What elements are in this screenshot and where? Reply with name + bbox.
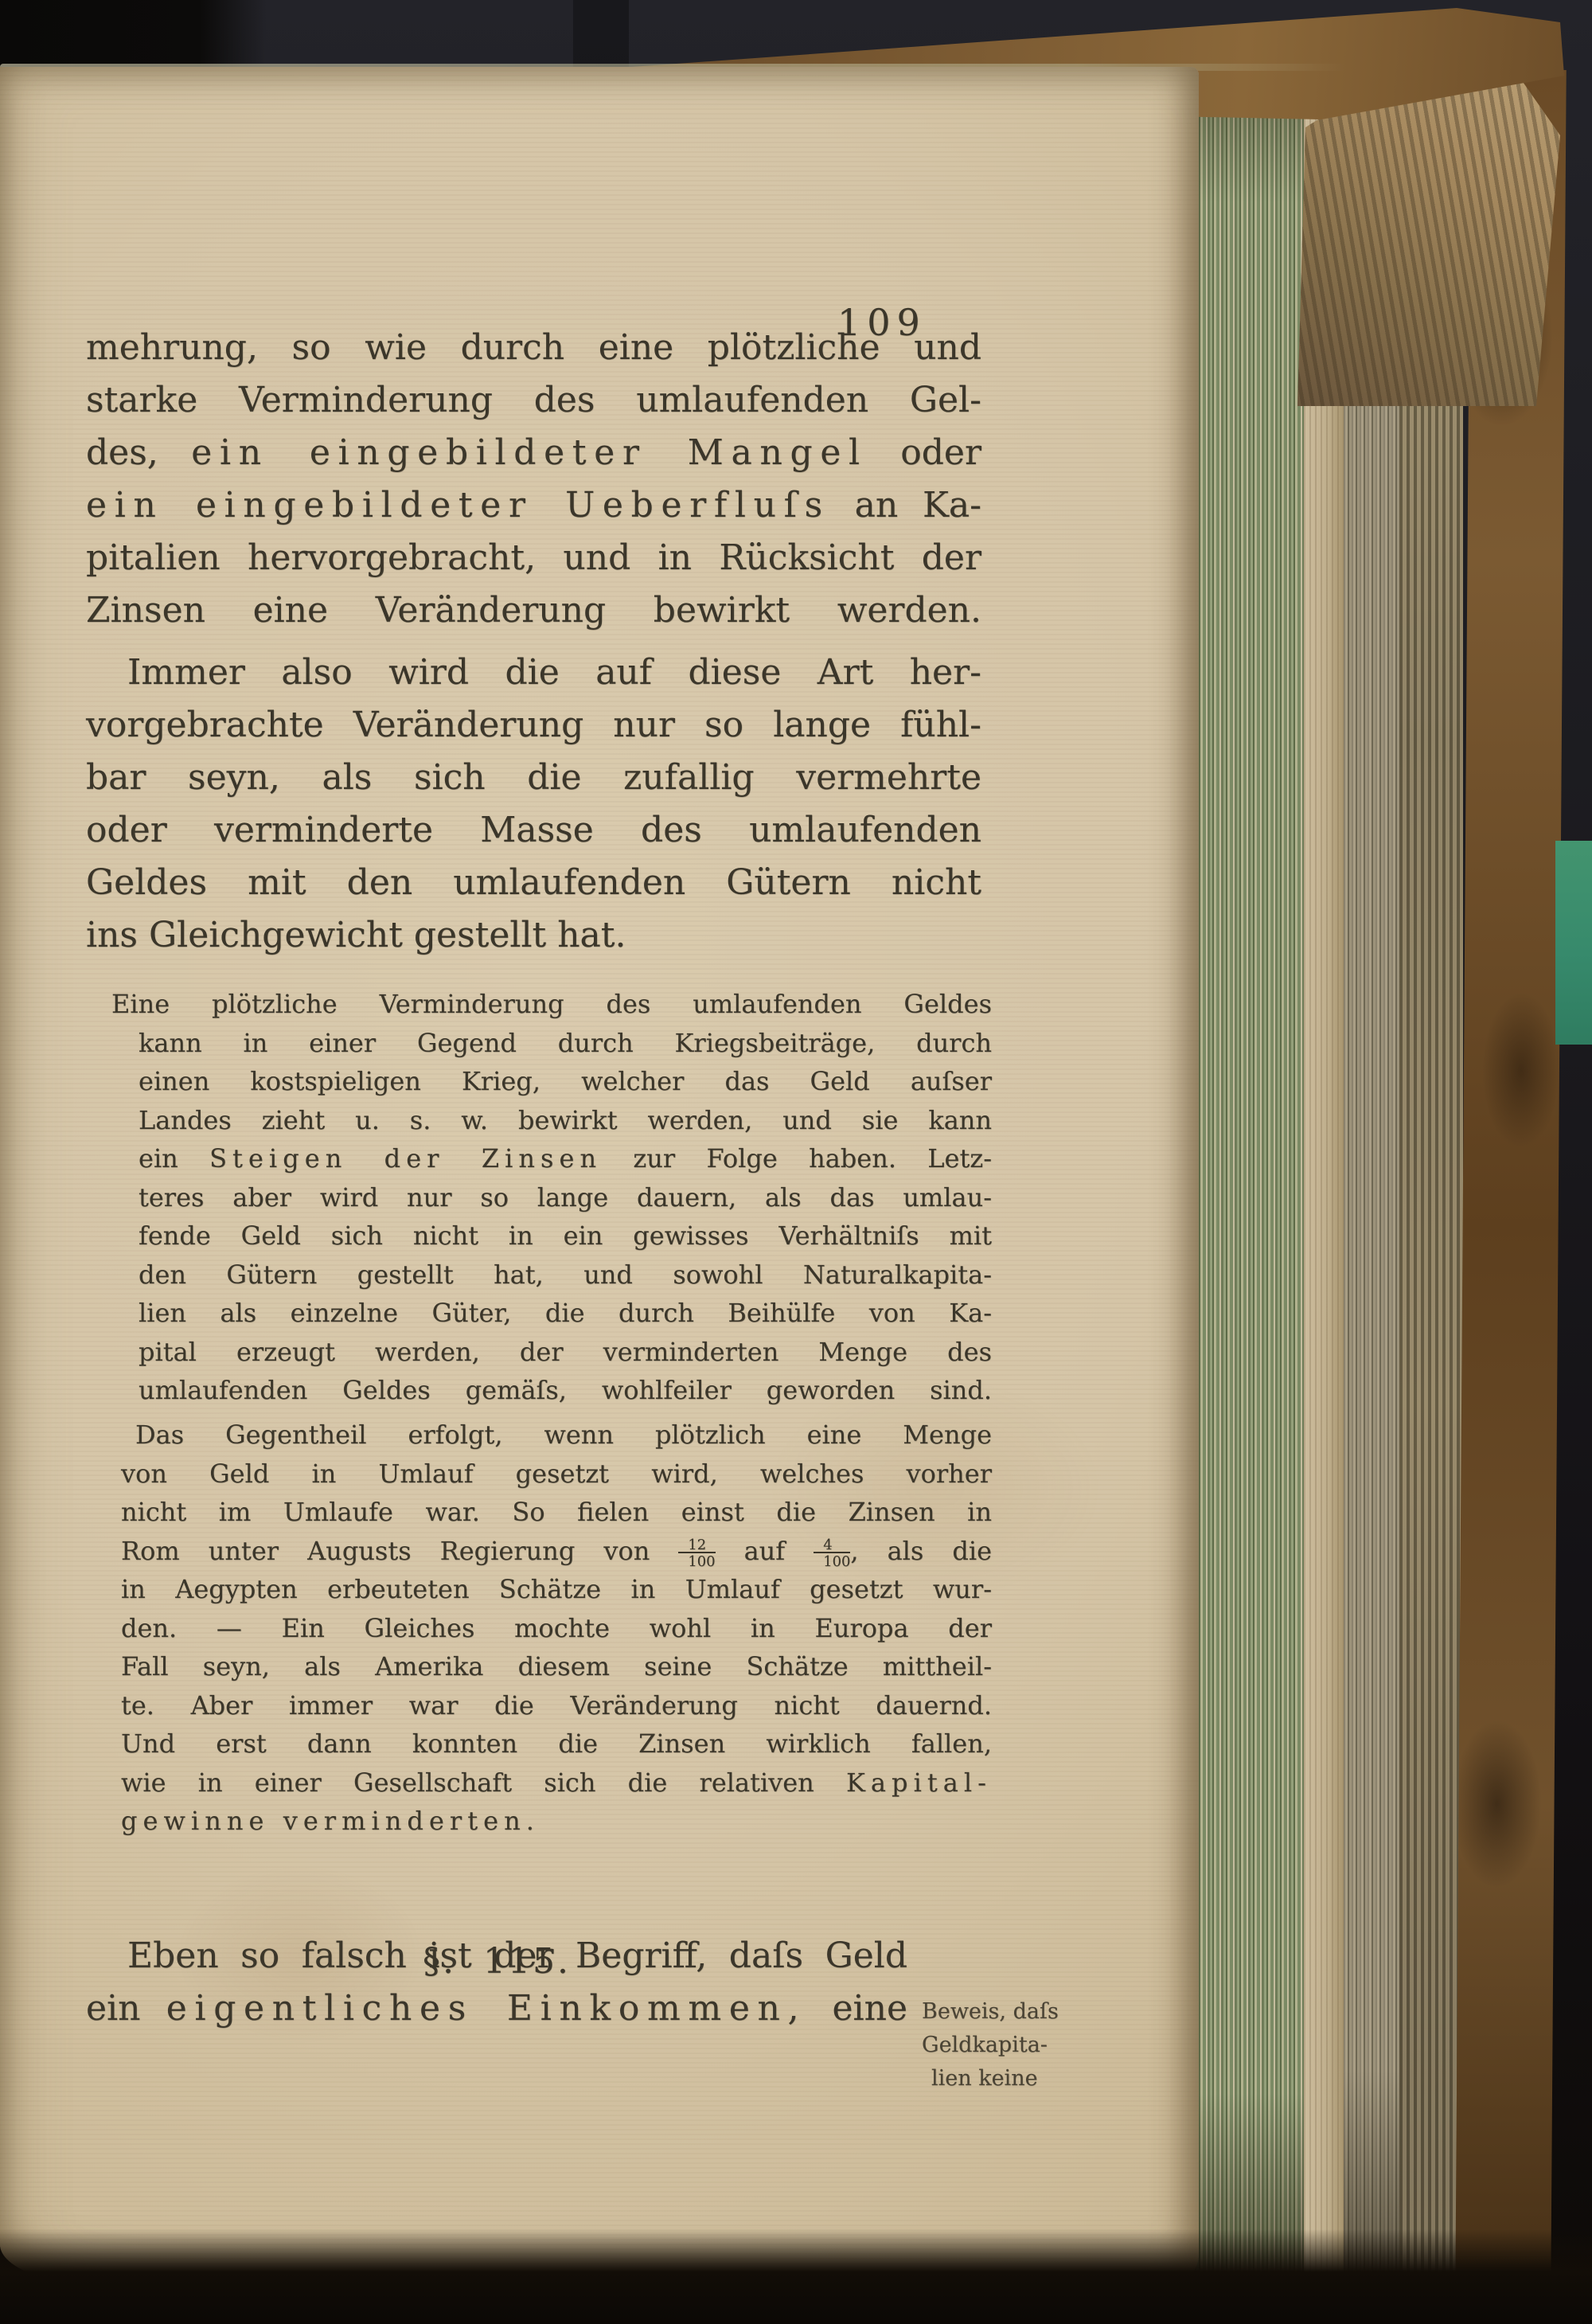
fraction: 4100 xyxy=(814,1538,850,1570)
bottom-shadow xyxy=(0,2229,1592,2324)
text-line: von Geld in Umlauf gesetzt wird, welches… xyxy=(111,1455,992,1494)
book-scan-scene: 109 mehrung, so wie durch eine plötzlich… xyxy=(0,0,1592,2324)
text-line: bar seyn, als sich die zufallig vermehrt… xyxy=(86,752,981,804)
paragraph-2: Immer also wird die auf diese Art her- v… xyxy=(86,646,981,962)
margin-note: Beweis, daſs Geldkapita- lien keine xyxy=(922,1995,1061,2096)
text-line: pitalien hervorgebracht, und in Rücksich… xyxy=(86,532,981,584)
text-line: fende Geld sich nicht in ein gewisses Ve… xyxy=(111,1217,992,1256)
text-line: Eine plötzliche Verminderung des umlaufe… xyxy=(111,985,992,1024)
book-page: 109 mehrung, so wie durch eine plötzlich… xyxy=(0,67,1199,2288)
footnote-paragraph-1: Eine plötzliche Verminderung des umlaufe… xyxy=(111,985,992,1410)
fraction: 12100 xyxy=(678,1538,715,1570)
text-line: des, ein eingebildeter Mangel oder xyxy=(86,427,981,479)
background-seam xyxy=(573,0,629,68)
text-line: starke Verminderung des umlaufenden Gel- xyxy=(86,374,981,427)
text-line: Fall seyn, als Amerika diesem seine Schä… xyxy=(111,1647,992,1686)
text-line: einen kostspieligen Krieg, welcher das G… xyxy=(111,1062,992,1101)
text-line: lien als einzelne Güter, die durch Beihü… xyxy=(111,1294,992,1333)
text-line: wie in einer Gesellschaft sich die relat… xyxy=(111,1764,992,1803)
text-line: Zinsen eine Veränderung bewirkt werden. xyxy=(86,584,981,637)
margin-note-line: Beweis, daſs xyxy=(922,1995,1061,2029)
text-line: Eben so falsch ist der Begriff, daſs Gel… xyxy=(86,1930,907,1982)
paragraph-3: Eben so falsch ist der Begriff, daſs Gel… xyxy=(86,1930,907,2035)
text-line: vorgebrachte Veränderung nur so lange fü… xyxy=(86,699,981,752)
teal-bookmark xyxy=(1555,841,1592,1045)
footnote-paragraph-2: Das Gegentheil erfolgt, wenn plötzlich e… xyxy=(111,1416,992,1841)
margin-note-line: lien keine xyxy=(922,2062,1061,2096)
text-line: Das Gegentheil erfolgt, wenn plötzlich e… xyxy=(111,1416,992,1455)
text-line: Geldes mit den umlaufenden Gütern nicht xyxy=(86,857,981,909)
text-line: teres aber wird nur so lange dauern, als… xyxy=(111,1178,992,1217)
text-line: in Aegypten erbeuteten Schätze in Umlauf… xyxy=(111,1570,992,1609)
background-dark-corner xyxy=(0,0,267,68)
text-line: ins Gleichgewicht gestellt hat. xyxy=(86,909,981,962)
text-line: ein eigentliches Einkommen, eine xyxy=(86,1982,907,2035)
text-line: gewinne verminderten. xyxy=(111,1802,992,1841)
text-line: kann in einer Gegend durch Kriegsbeiträg… xyxy=(111,1024,992,1063)
text-line: mehrung, so wie durch eine plötzliche un… xyxy=(86,322,981,374)
text-line: Landes zieht u. s. w. bewirkt werden, un… xyxy=(111,1101,992,1140)
text-line: oder verminderte Masse des umlaufenden xyxy=(86,804,981,857)
text-line: ein eingebildeter Ueberfluſs an Ka- xyxy=(86,479,981,532)
text-line: den Gütern gestellt hat, und sowohl Natu… xyxy=(111,1256,992,1295)
text-line: Und erst dann konnten die Zinsen wirklic… xyxy=(111,1724,992,1764)
text-line: Immer also wird die auf diese Art her- xyxy=(86,646,981,699)
fore-edge-green-pages xyxy=(1194,70,1304,2293)
text-line: ein Steigen der Zinsen zur Folge haben. … xyxy=(111,1139,992,1178)
paragraph-1: mehrung, so wie durch eine plötzliche un… xyxy=(86,322,981,637)
text-line: umlaufenden Geldes gemäſs, wohlfeiler ge… xyxy=(111,1371,992,1410)
margin-note-line: Geldkapita- xyxy=(922,2029,1061,2062)
text-line: nicht im Umlaufe war. So fielen einst di… xyxy=(111,1493,992,1532)
text-line: te. Aber immer war die Veränderung nicht… xyxy=(111,1686,992,1725)
text-line: Rom unter Augusts Regierung von 12100 au… xyxy=(111,1532,992,1571)
text-line: den. — Ein Gleiches mochte wohl in Europ… xyxy=(111,1609,992,1648)
text-line: pital erzeugt werden, der verminderten M… xyxy=(111,1333,992,1372)
